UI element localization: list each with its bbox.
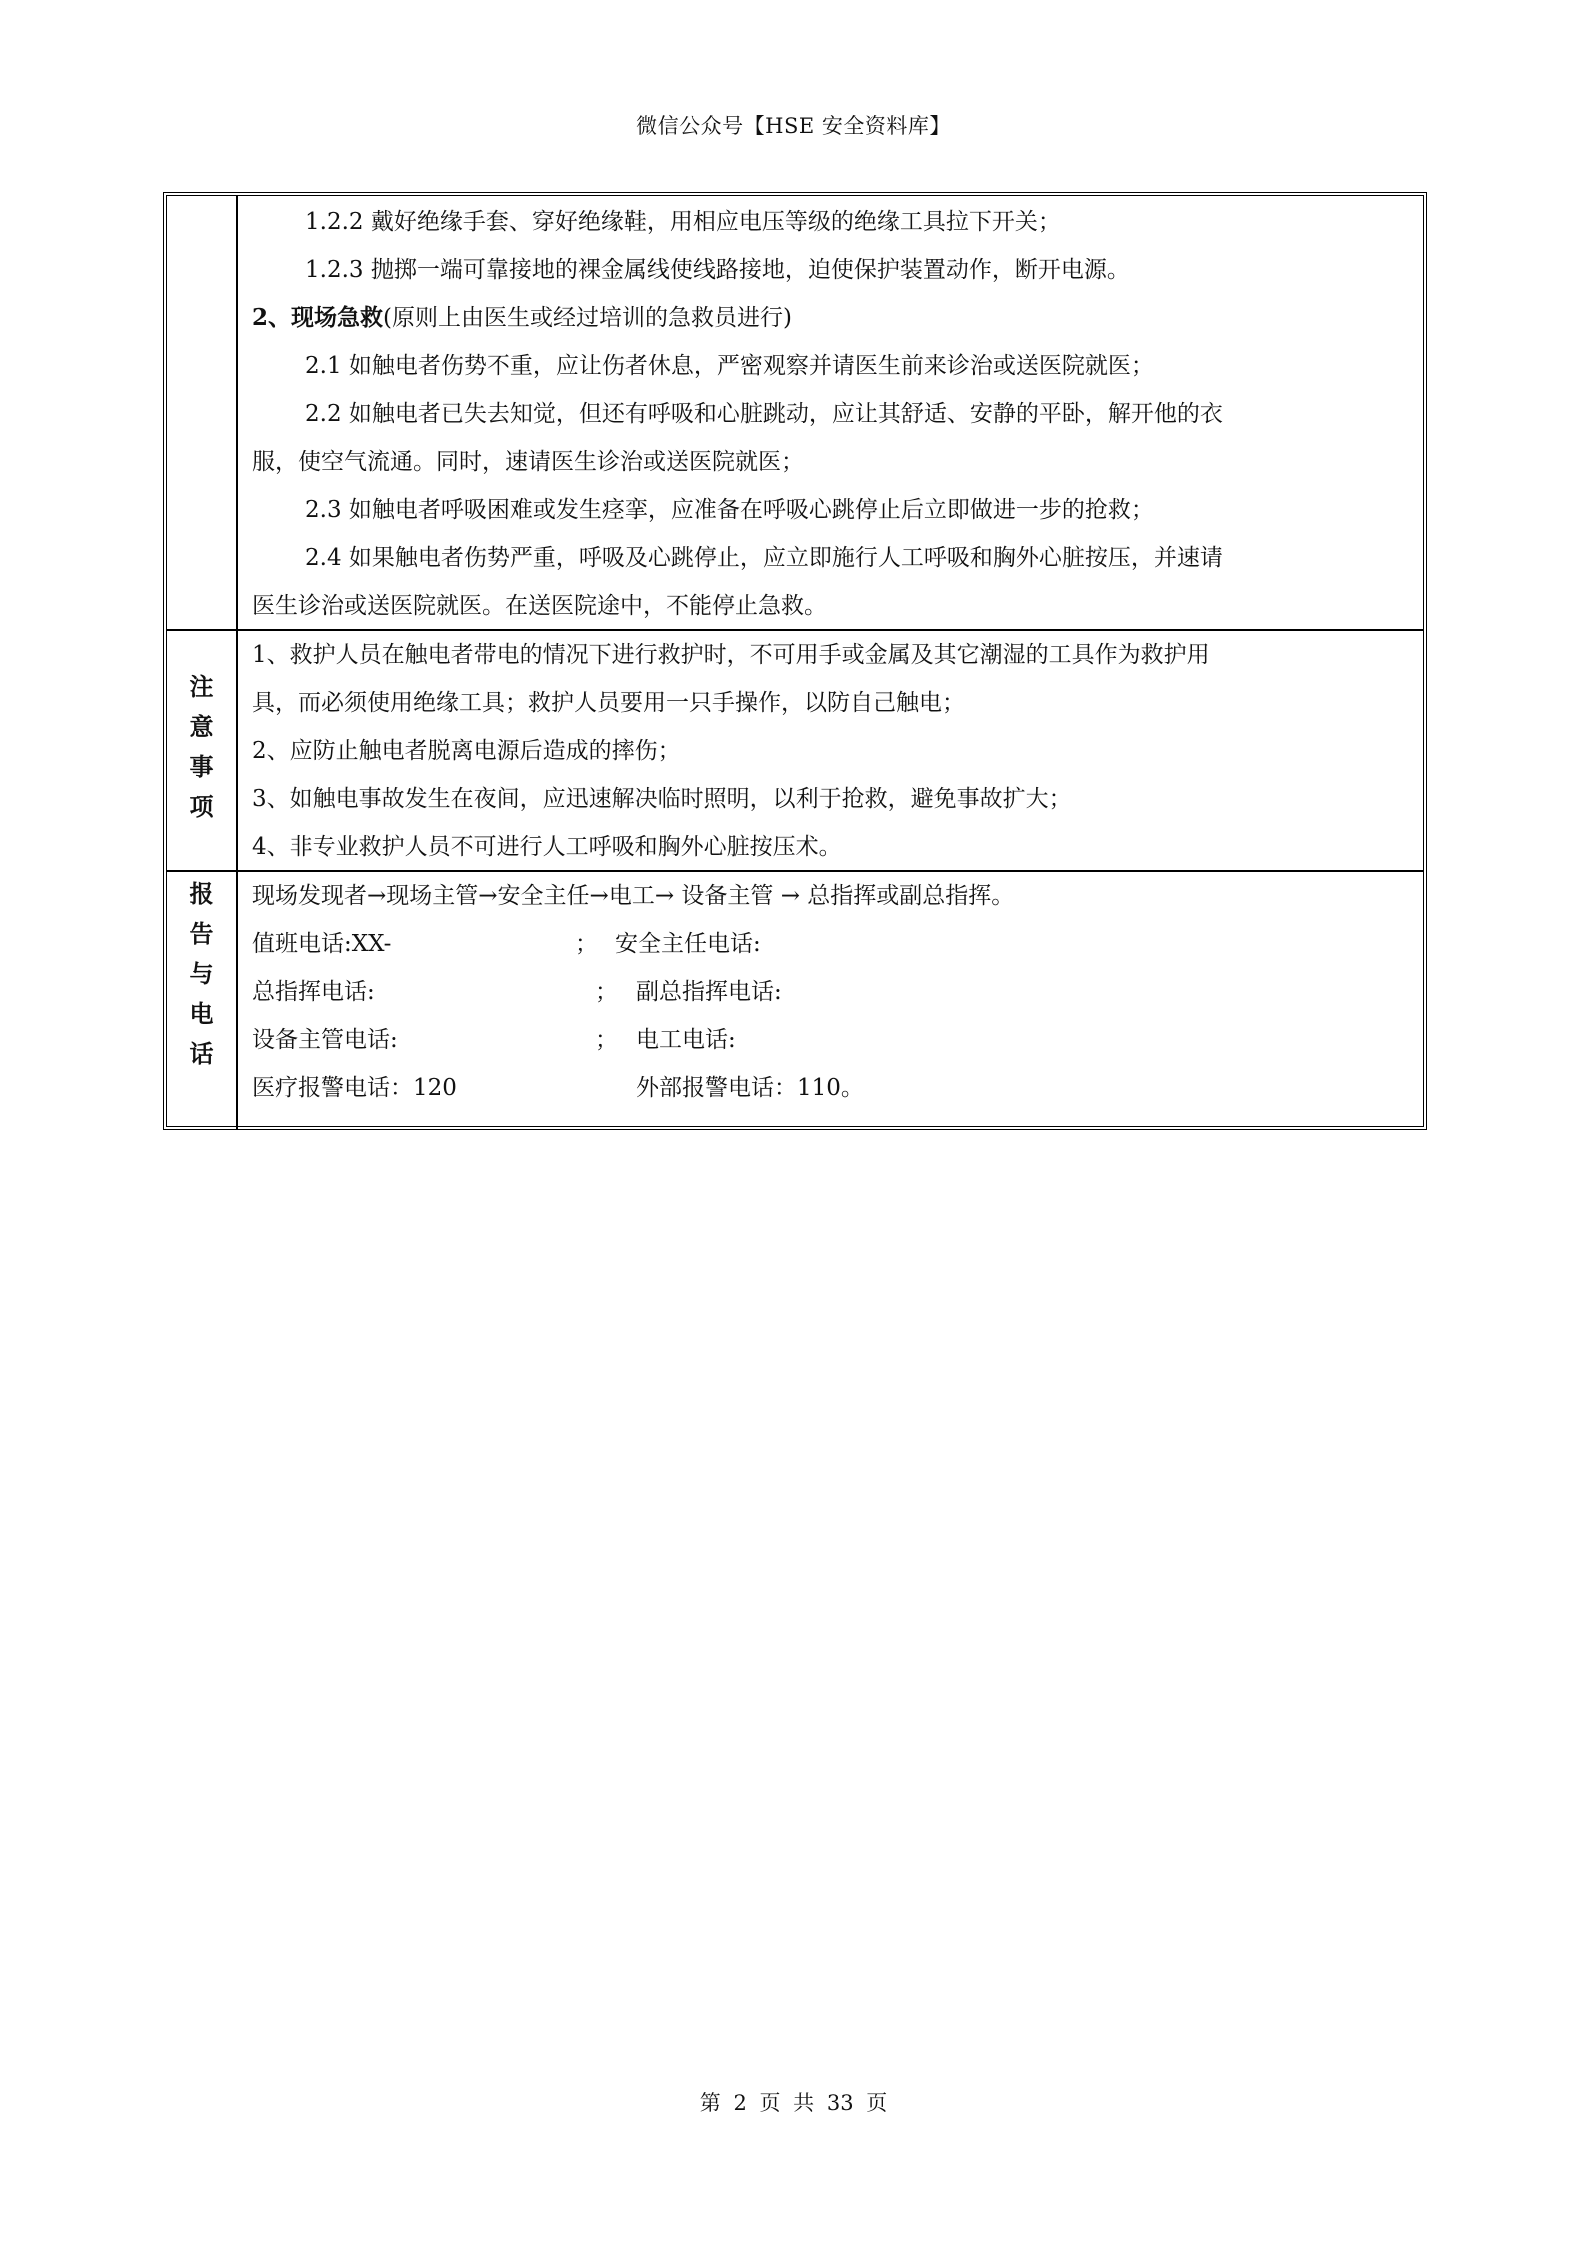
label-char: 告 <box>167 914 236 954</box>
procedures-content: 1.2.2 戴好绝缘手套、穿好绝缘鞋，用相应电压等级的绝缘工具拉下开关； 1.2… <box>238 196 1423 629</box>
phone-line-duty: 值班电话:XX- ； 安全主任电话: <box>252 920 1413 968</box>
step-2-2-line-1: 2.2 如触电者已失去知觉，但还有呼吸和心脏跳动，应让其舒适、安静的平卧，解开他… <box>252 390 1413 438</box>
deputy-commander-phone: 副总指挥电话: <box>636 968 782 1016</box>
step-2-4-line-2: 医生诊治或送医院就医。在送医院途中，不能停止急救。 <box>252 582 1413 630</box>
separator: ； <box>595 1016 636 1064</box>
precaution-1-line-2: 具，而必须使用绝缘工具；救护人员要用一只手操作，以防自己触电； <box>252 679 1413 727</box>
row-label-reporting: 报 告 与 电 话 <box>167 872 238 1130</box>
separator: ； <box>575 920 615 968</box>
label-char: 报 <box>167 874 236 914</box>
police-emergency-phone: 外部报警电话：110。 <box>636 1064 864 1112</box>
reporting-flow: 现场发现者→现场主管→安全主任→电工→ 设备主管 → 总指挥或副总指挥。 <box>252 872 1413 920</box>
label-char: 话 <box>167 1034 236 1074</box>
safety-director-phone: 安全主任电话: <box>615 920 761 968</box>
label-char: 与 <box>167 954 236 994</box>
table-row-precautions: 注 意 事 项 1、救护人员在触电者带电的情况下进行救护时，不可用手或金属及其它… <box>167 629 1423 870</box>
phone-line-equipment: 设备主管电话: ； 电工电话: <box>252 1016 1413 1064</box>
precaution-1-line-1: 1、救护人员在触电者带电的情况下进行救护时，不可用手或金属及其它潮湿的工具作为救… <box>252 631 1413 679</box>
page-number: 第 2 页 共 33 页 <box>0 2087 1587 2119</box>
step-2-3: 2.3 如触电者呼吸困难或发生痉挛，应准备在呼吸心跳停止后立即做进一步的抢救； <box>252 486 1413 534</box>
duty-phone: 值班电话:XX- <box>252 920 575 968</box>
page-header: 微信公众号【HSE 安全资料库】 <box>0 110 1587 142</box>
phone-line-emergency: 医疗报警电话：120 外部报警电话：110。 <box>252 1064 1413 1112</box>
precaution-2: 2、应防止触电者脱离电源后造成的摔伤； <box>252 727 1413 775</box>
row-label-empty <box>167 196 238 629</box>
label-char: 意 <box>167 707 236 747</box>
reporting-content: 现场发现者→现场主管→安全主任→电工→ 设备主管 → 总指挥或副总指挥。 值班电… <box>238 872 1423 1130</box>
separator <box>595 1064 636 1112</box>
step-1-2-2: 1.2.2 戴好绝缘手套、穿好绝缘鞋，用相应电压等级的绝缘工具拉下开关； <box>252 198 1413 246</box>
separator: ； <box>595 968 636 1016</box>
table-row-procedures: 1.2.2 戴好绝缘手套、穿好绝缘鞋，用相应电压等级的绝缘工具拉下开关； 1.2… <box>167 196 1423 629</box>
section-2-note: (原则上由医生或经过培训的急救员进行) <box>383 305 792 331</box>
step-2-1: 2.1 如触电者伤势不重，应让伤者休息，严密观察并请医生前来诊治或送医院就医； <box>252 342 1413 390</box>
section-2-title: 2、现场急救 <box>252 304 383 331</box>
label-char: 注 <box>167 667 236 707</box>
step-2-4-line-1: 2.4 如果触电者伤势严重，呼吸及心跳停止，应立即施行人工呼吸和胸外心脏按压，并… <box>252 534 1413 582</box>
electrician-phone: 电工电话: <box>636 1016 736 1064</box>
section-2-heading: 2、现场急救(原则上由医生或经过培训的急救员进行) <box>252 294 1413 342</box>
commander-phone: 总指挥电话: <box>252 968 595 1016</box>
row-label-precautions: 注 意 事 项 <box>167 631 238 870</box>
label-char: 事 <box>167 747 236 787</box>
step-2-2-line-2: 服，使空气流通。同时，速请医生诊治或送医院就医； <box>252 438 1413 486</box>
table-row-reporting: 报 告 与 电 话 现场发现者→现场主管→安全主任→电工→ 设备主管 → 总指挥… <box>167 870 1423 1130</box>
medical-emergency-phone: 医疗报警电话：120 <box>252 1064 595 1112</box>
precautions-content: 1、救护人员在触电者带电的情况下进行救护时，不可用手或金属及其它潮湿的工具作为救… <box>238 631 1423 870</box>
label-char: 项 <box>167 787 236 827</box>
phone-line-commander: 总指挥电话: ； 副总指挥电话: <box>252 968 1413 1016</box>
step-1-2-3: 1.2.3 抛掷一端可靠接地的裸金属线使线路接地，迫使保护装置动作，断开电源。 <box>252 246 1413 294</box>
precaution-4: 4、非专业救护人员不可进行人工呼吸和胸外心脏按压术。 <box>252 823 1413 871</box>
emergency-procedure-table: 1.2.2 戴好绝缘手套、穿好绝缘鞋，用相应电压等级的绝缘工具拉下开关； 1.2… <box>163 192 1427 1130</box>
label-char: 电 <box>167 994 236 1034</box>
precaution-3: 3、如触电事故发生在夜间，应迅速解决临时照明，以利于抢救，避免事故扩大； <box>252 775 1413 823</box>
equipment-manager-phone: 设备主管电话: <box>252 1016 595 1064</box>
